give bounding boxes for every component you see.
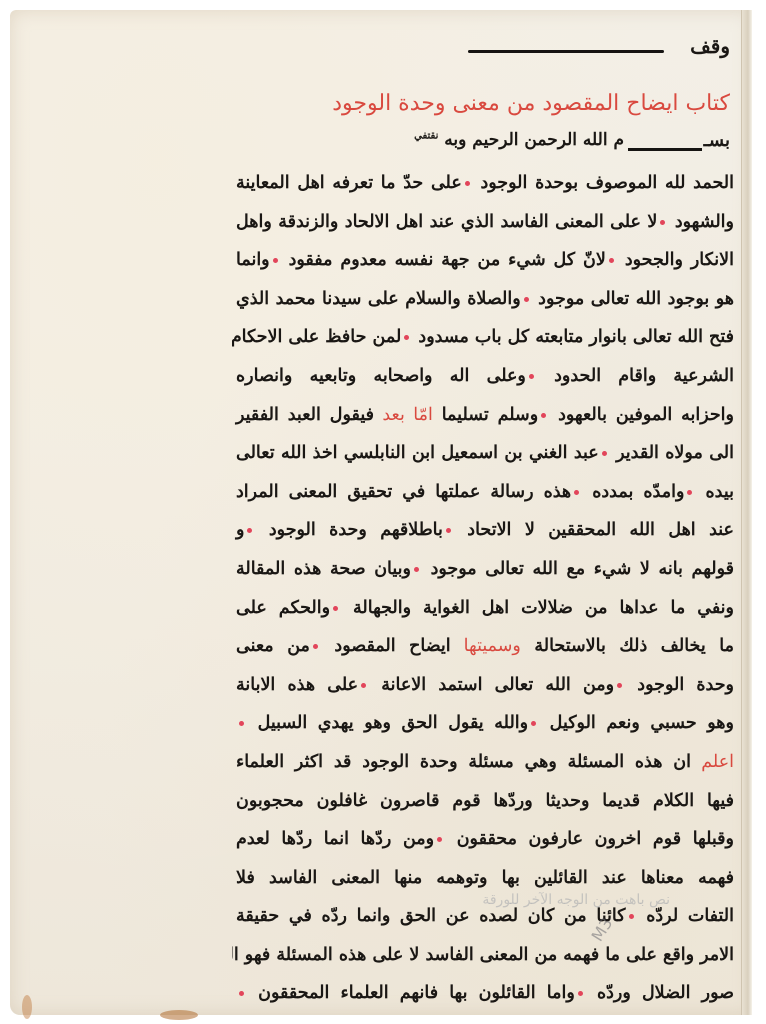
text-segment: الشرعية واقام الحدود	[537, 366, 734, 386]
red-verse-dot-icon	[531, 721, 536, 726]
text-segment: باطلاقهم وحدة الوجود	[255, 520, 442, 540]
red-verse-dot-icon	[629, 914, 634, 919]
work-title: كتاب ايضاح المقصود من معنى وحدة الوجود	[232, 82, 742, 126]
red-verse-dot-icon	[239, 991, 244, 996]
text-segment: واما القائلون بها فانهم العلماء المحققون	[247, 983, 575, 1003]
text-segment: وبيان صحة هذه المقالة	[236, 559, 411, 579]
text-segment: والشهود	[668, 212, 734, 232]
text-segment: بيده	[695, 482, 734, 502]
text-segment: عند اهل الله المحققين لا الاتحاد	[454, 520, 734, 540]
text-segment: قولهم بانه لا شيء مع الله تعالى موجود	[422, 559, 734, 579]
text-line: الى مولاه القدير عبد الغني بن اسمعيل ابن…	[232, 434, 742, 473]
text-segment: هذه رسالة عملتها في تحقيق المعنى المراد	[236, 482, 571, 502]
red-verse-dot-icon	[660, 220, 665, 225]
red-verse-dot-icon	[446, 528, 451, 533]
text-segment: وحدة الوجود	[625, 675, 734, 695]
red-verse-dot-icon	[578, 991, 583, 996]
text-segment: الامر واقع على ما فهمه من المعنى الفاسد …	[232, 945, 734, 965]
red-verse-dot-icon	[247, 528, 252, 533]
text-segment: واحزابه الموفين بالعهود	[549, 405, 734, 425]
text-line: عند اهل الله المحققين لا الاتحاد باطلاقه…	[232, 511, 742, 550]
red-verse-dot-icon	[273, 258, 278, 263]
text-line: فيها الكلام قديما وحديثا وردّها قوم قاصر…	[232, 782, 742, 821]
red-verse-dot-icon	[541, 413, 546, 418]
text-segment: فيها الكلام قديما وحديثا وردّها قوم قاصر…	[236, 791, 734, 811]
red-verse-dot-icon	[687, 490, 692, 495]
red-verse-dot-icon	[609, 258, 614, 263]
text-segment: فيقول العبد الفقير	[236, 405, 374, 425]
text-segment: فتح الله تعالى بانوار متابعته كل باب مسد…	[412, 327, 734, 347]
text-block: وقف كتاب ايضاح المقصود من معنى وحدة الوج…	[232, 20, 742, 1013]
text-line: صور الضلال وردّه واما القائلون بها فانهم…	[232, 974, 742, 1013]
red-verse-dot-icon	[414, 567, 419, 572]
text-line: الانكار والجحود لانّ كل شيء من جهة نفسه …	[232, 241, 742, 280]
red-verse-dot-icon	[333, 606, 338, 611]
folio-gutter-edge	[741, 10, 752, 1015]
text-segment: عبد الغني بن اسمعيل ابن النابلسي اخذ الل…	[236, 443, 599, 463]
text-line: وهو حسبي ونعم الوكيل والله يقول الحق وهو…	[232, 704, 742, 743]
text-segment: ومن ردّها انما ردّها لعدم	[236, 829, 434, 849]
text-segment: على حدّ ما تعرفه اهل المعاينة	[236, 173, 462, 193]
red-verse-dot-icon	[361, 683, 366, 688]
text-segment: الحمد لله الموصوف بوحدة الوجود	[473, 173, 734, 193]
basmala-extended-stroke	[628, 148, 702, 151]
text-line: وحدة الوجود ومن الله تعالى استمد الاعانة…	[232, 666, 742, 705]
text-segment: والحكم على	[236, 598, 330, 618]
text-segment: ومن الله تعالى استمد الاعانة	[369, 675, 614, 695]
text-segment: هو بوجود الله تعالى موجود	[532, 289, 734, 309]
text-segment: وهو حسبي ونعم الوكيل	[539, 713, 734, 733]
text-segment: والله يقول الحق وهو يهدي السبيل	[247, 713, 528, 733]
text-segment: من معنى	[236, 636, 310, 656]
rubric-word: وسميتها	[451, 636, 521, 656]
text-segment: والصلاة والسلام على سيدنا محمد الذي	[236, 289, 521, 309]
header-catchword-row: وقف	[232, 20, 742, 70]
text-line: ونفي ما عداها من ضلالات اهل الغواية والج…	[232, 589, 742, 628]
text-segment: ايضاح المقصود	[321, 636, 451, 656]
water-stain	[160, 1010, 198, 1020]
text-line: قولهم بانه لا شيء مع الله تعالى موجود وب…	[232, 550, 742, 589]
text-line: والشهود لا على المعنى الفاسد الذي عند اه…	[232, 203, 742, 242]
text-line: فتح الله تعالى بانوار متابعته كل باب مسد…	[232, 318, 742, 357]
text-line: ما يخالف ذلك بالاستحالة وسميتها ايضاح ال…	[232, 627, 742, 666]
basmala-main: م الله الرحمن الرحيم وبه نقتفي	[414, 130, 624, 150]
red-verse-dot-icon	[529, 374, 534, 379]
text-segment: لمن حافظ على الاحكام	[232, 327, 401, 347]
text-line: وقبلها قوم اخرون عارفون محققون ومن ردّها…	[232, 820, 742, 859]
text-line: الامر واقع على ما فهمه من المعنى الفاسد …	[232, 936, 742, 975]
text-line: بيده وامدّه بمدده هذه رسالة عملتها في تح…	[232, 473, 742, 512]
text-segment: وسلم تسليما	[433, 405, 538, 425]
basmala-superscript: نقتفي	[414, 130, 438, 141]
show-through-text: نص باهت من الوجه الآخر للورقة	[250, 890, 670, 910]
text-segment: فهمه معناها عند القائلين بها وتوهمه منها…	[236, 868, 734, 888]
text-segment: الى مولاه القدير	[610, 443, 734, 463]
text-line: اعلم ان هذه المسئلة وهي مسئلة وحدة الوجو…	[232, 743, 742, 782]
text-line: هو بوجود الله تعالى موجود والصلاة والسلا…	[232, 280, 742, 319]
edge-stain	[22, 995, 32, 1019]
red-verse-dot-icon	[437, 837, 442, 842]
text-line: الشرعية واقام الحدود وعلى اله واصحابه وت…	[232, 357, 742, 396]
text-line: الحمد لله الموصوف بوحدة الوجود على حدّ م…	[232, 164, 742, 203]
red-verse-dot-icon	[524, 297, 529, 302]
text-segment: الانكار والجحود	[617, 250, 734, 270]
text-segment: لا على المعنى الفاسد الذي عند اهل الالحا…	[236, 212, 657, 232]
basmala-text: م الله الرحمن الرحيم وبه	[444, 130, 624, 150]
red-verse-dot-icon	[404, 335, 409, 340]
text-line: واحزابه الموفين بالعهود وسلم تسليما امّا…	[232, 396, 742, 435]
red-verse-dot-icon	[239, 721, 244, 726]
catchword-rule	[468, 50, 664, 53]
text-segment: لانّ كل شيء من جهة نفسه معدوم مفقود	[281, 250, 606, 270]
text-segment: صور الضلال وردّه	[586, 983, 734, 1003]
rubric-word: اعلم	[691, 752, 734, 772]
main-text-lines: الحمد لله الموصوف بوحدة الوجود على حدّ م…	[232, 164, 742, 1013]
text-segment: ان هذه المسئلة وهي مسئلة وحدة الوجود قد …	[236, 752, 691, 772]
text-segment: وقبلها قوم اخرون عارفون محققون	[445, 829, 734, 849]
text-segment: ما يخالف ذلك بالاستحالة	[521, 636, 734, 656]
rubric-word: امّا بعد	[374, 405, 433, 425]
basmala-start: بسـ	[704, 130, 730, 151]
text-segment: وعلى اله واصحابه وتابعيه وانصاره	[236, 366, 526, 386]
red-verse-dot-icon	[465, 181, 470, 186]
red-verse-dot-icon	[574, 490, 579, 495]
red-verse-dot-icon	[602, 451, 607, 456]
text-segment: و	[236, 520, 244, 540]
text-segment: ونفي ما عداها من ضلالات اهل الغواية والج…	[341, 598, 734, 618]
text-segment: وانما	[236, 250, 270, 270]
text-segment: وامدّه بمدده	[582, 482, 684, 502]
red-verse-dot-icon	[617, 683, 622, 688]
catchword: وقف	[690, 34, 730, 58]
scanned-page: وقف كتاب ايضاح المقصود من معنى وحدة الوج…	[0, 0, 766, 1024]
text-segment: على هذه الابانة	[236, 675, 358, 695]
basmala: بسـ م الله الرحمن الرحيم وبه نقتفي	[232, 126, 742, 162]
red-verse-dot-icon	[313, 644, 318, 649]
